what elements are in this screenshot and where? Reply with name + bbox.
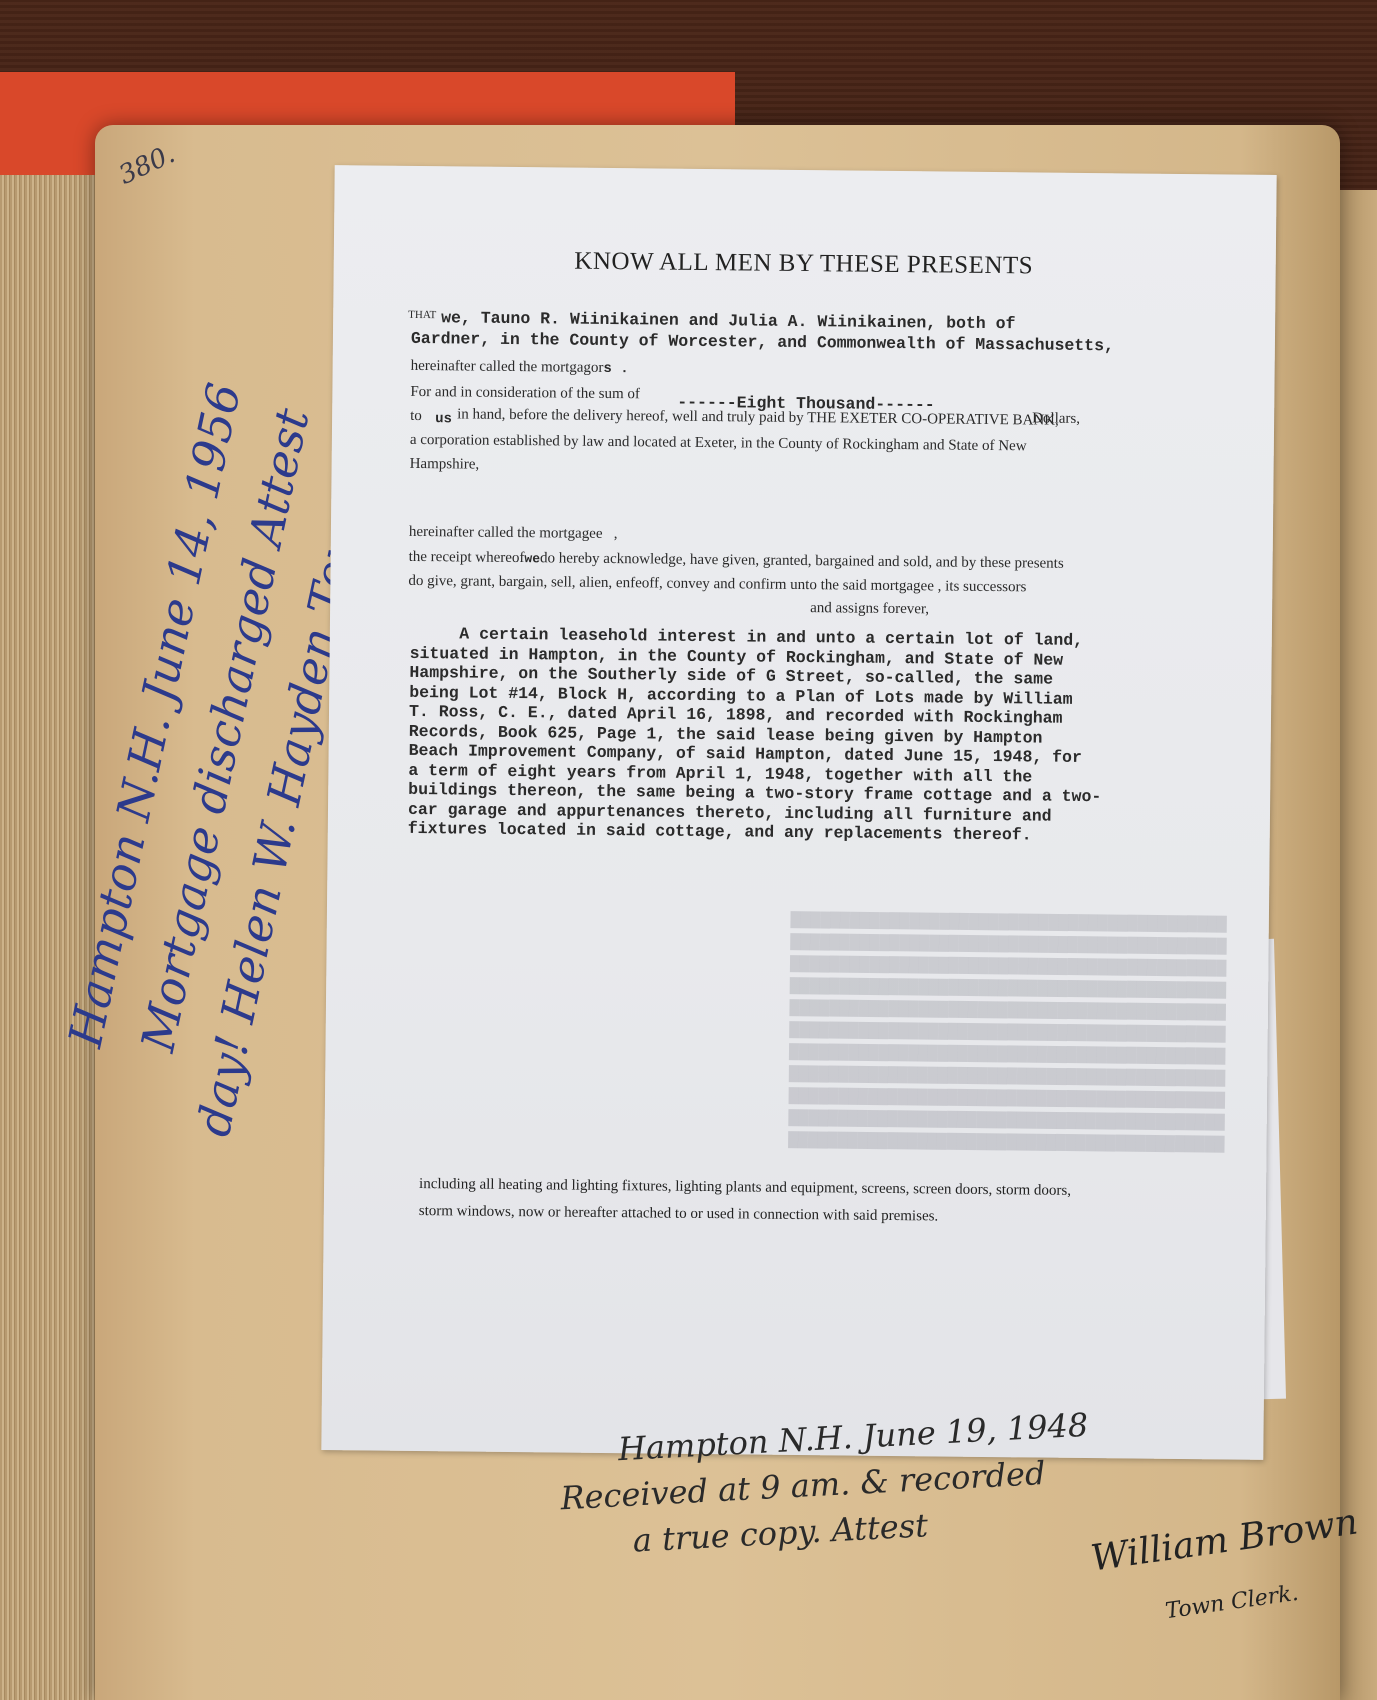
receipt-text-a: the receipt whereof bbox=[409, 549, 525, 566]
corporation-text: a corporation established by law and loc… bbox=[410, 432, 1027, 455]
margin-discharge-note: Hampton N.H. June 14, 1956 Mortgage disc… bbox=[110, 210, 340, 1250]
property-description: A certain leasehold interest in and unto… bbox=[408, 624, 1230, 847]
assigns-text: and assigns forever, bbox=[810, 600, 929, 618]
convey-text: do give, grant, bargain, sell, alien, en… bbox=[408, 573, 1026, 596]
mortgagor-plural: s . bbox=[603, 361, 628, 377]
receipt-text: the receipt whereofwedo hereby acknowled… bbox=[409, 549, 1064, 573]
mortgagee-text: hereinafter called the mortgagee bbox=[409, 524, 603, 542]
mortgagee-label: hereinafter called the mortgagee , bbox=[409, 524, 618, 543]
consideration-label: For and in consideration of the sum of bbox=[410, 384, 640, 403]
state-continued: Hampshire, bbox=[410, 456, 480, 474]
bleed-through-text: ████████████████████████████████████████… bbox=[424, 906, 1226, 1156]
receipt-we: we bbox=[524, 551, 540, 566]
deed-title: KNOW ALL MEN BY THESE PRESENTS bbox=[504, 247, 1104, 281]
mortgage-deed: KNOW ALL MEN BY THESE PRESENTS THAT we, … bbox=[321, 165, 1276, 1460]
to-party: us bbox=[435, 411, 452, 427]
paid-by-text: in hand, before the delivery hereof, wel… bbox=[457, 406, 1059, 429]
that-label: THAT bbox=[408, 309, 436, 321]
mortgagor-label: hereinafter called the mortgagors . bbox=[411, 358, 629, 377]
fixtures-clause: including all heating and lighting fixtu… bbox=[419, 1171, 1071, 1232]
to-label: to bbox=[410, 408, 422, 425]
mortgagor-text: hereinafter called the mortgagor bbox=[411, 358, 604, 376]
receipt-text-b: do hereby acknowledge, have given, grant… bbox=[540, 550, 1064, 571]
mortgagee-comma: , bbox=[614, 526, 618, 542]
